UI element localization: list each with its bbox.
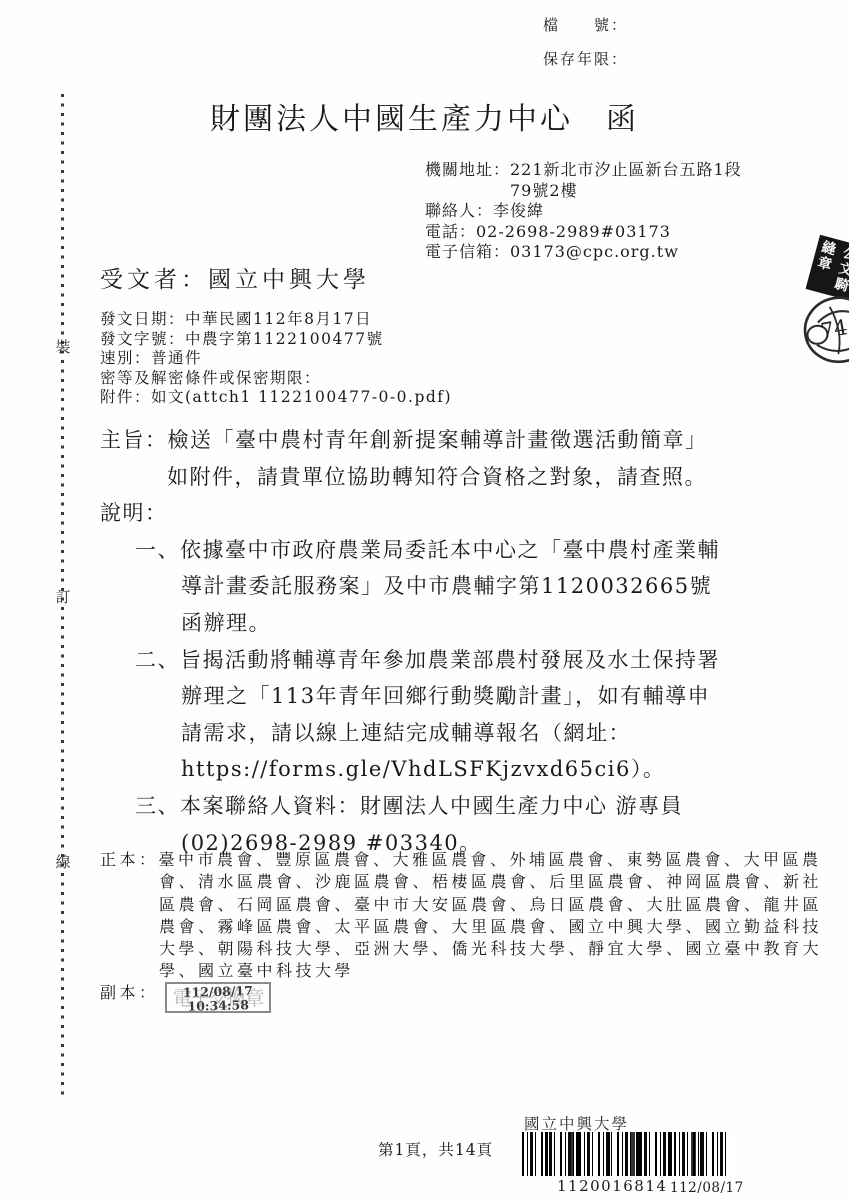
sender-address-line2: 79號2樓 <box>510 181 742 202</box>
round-stamp-number: 74 <box>819 315 849 343</box>
explanation-item-1: 一、依據臺中市政府農業局委託本中心之「臺中農村產業輔導計畫委託服務案」及中市農輔… <box>135 532 720 642</box>
issue-number: 發文字號：中農字第1122100477號 <box>100 330 452 350</box>
electronic-exchange-stamp: 電子交換章 112/08/17 10:34:58 <box>165 982 271 1013</box>
sender-contact: 聯絡人：李俊緯 <box>425 201 742 222</box>
item-1-text: 依據臺中市政府農業局委託本中心之「臺中農村產業輔導計畫委託服務案」及中市農輔字第… <box>180 538 720 635</box>
barcode-image <box>522 1132 730 1176</box>
binding-mark-zhuang: 裝 <box>52 336 74 357</box>
explanation-label: 說明： <box>100 495 720 532</box>
letter-body: 主旨：檢送「臺中農村青年創新提案輔導計畫徵選活動簡章」如附件，請貴單位協助轉知符… <box>100 422 720 861</box>
barcode-org-label: 國立中興大學 <box>524 1112 629 1134</box>
sender-address-line1: 機關地址：221新北市汐止區新台五路1段 <box>425 160 742 181</box>
barcode-date: 112/08/17 <box>670 1180 744 1196</box>
binding-mark-xian: 線 <box>52 851 74 872</box>
barcode-number: 1120016814 <box>557 1177 667 1195</box>
subject-text: 檢送「臺中農村青年創新提案輔導計畫徵選活動簡章」如附件，請貴單位協助轉知符合資格… <box>167 428 708 489</box>
retention-period-label: 保存年限： <box>543 48 628 69</box>
explanation-item-2: 二、旨揭活動將輔導青年參加農業部農村發展及水土保持署辦理之「113年青年回鄉行動… <box>135 642 720 788</box>
sender-email: 電子信箱：03173@cpc.org.tw <box>425 242 742 263</box>
official-letter-page: 檔 號： 保存年限： 財團法人中國生產力中心 函 機關地址：221新北市汐止區新… <box>0 0 849 1200</box>
cc-row: 副本： 電子交換章 112/08/17 10:34:58 <box>100 982 271 1013</box>
original-recipients-paragraph: 正本：臺中市農會、豐原區農會、大雅區農會、外埔區農會、東勢區農會、大甲區農會、清… <box>100 849 830 983</box>
security-class: 密等及解密條件或保密期限： <box>100 369 452 389</box>
item-2-number: 二、 <box>135 648 180 672</box>
file-reference-block: 檔 號： 保存年限： <box>543 14 628 82</box>
file-number-label: 檔 號： <box>543 14 628 35</box>
item-3-text: 本案聯絡人資料：財團法人中國生產力中心 游專員 (02)2698-2989 #0… <box>180 794 683 855</box>
exchange-stamp-time: 10:34:58 <box>167 998 269 1015</box>
item-1-number: 一、 <box>135 538 180 562</box>
cc-label: 副本： <box>100 982 159 1004</box>
subject-label: 主旨： <box>100 428 168 452</box>
issue-date: 發文日期：中華民國112年8月17日 <box>100 310 452 330</box>
item-3-number: 三、 <box>135 794 180 818</box>
sender-phone: 電話：02-2698-2989#03173 <box>425 222 742 243</box>
original-list: 臺中市農會、豐原區農會、大雅區農會、外埔區農會、東勢區農會、大甲區農會、清水區農… <box>159 850 823 980</box>
subject-paragraph: 主旨：檢送「臺中農村青年創新提案輔導計畫徵選活動簡章」如附件，請貴單位協助轉知符… <box>100 422 720 495</box>
item-2-text: 旨揭活動將輔導青年參加農業部農村發展及水土保持署辦理之「113年青年回鄉行動獎勵… <box>180 648 720 782</box>
document-title: 財團法人中國生產力中心 函 <box>0 94 849 138</box>
attachment-line: 附件：如文(attch1 1122100477-0-0.pdf) <box>100 388 452 408</box>
sender-info-block: 機關地址：221新北市汐止區新台五路1段 79號2樓 聯絡人：李俊緯 電話：02… <box>425 160 742 263</box>
page-number-footer: 第1頁，共14頁 <box>378 1138 493 1160</box>
original-label: 正本： <box>100 850 159 869</box>
recipient-line: 受文者：國立中興大學 <box>100 261 370 294</box>
document-meta-block: 發文日期：中華民國112年8月17日 發文字號：中農字第1122100477號 … <box>100 310 452 408</box>
speed-class: 速別：普通件 <box>100 349 452 369</box>
binding-mark-ding: 訂 <box>52 586 74 607</box>
exchange-stamp-datetime: 112/08/17 10:34:58 <box>166 983 269 1013</box>
round-stamp-icon: 74 <box>799 290 849 378</box>
